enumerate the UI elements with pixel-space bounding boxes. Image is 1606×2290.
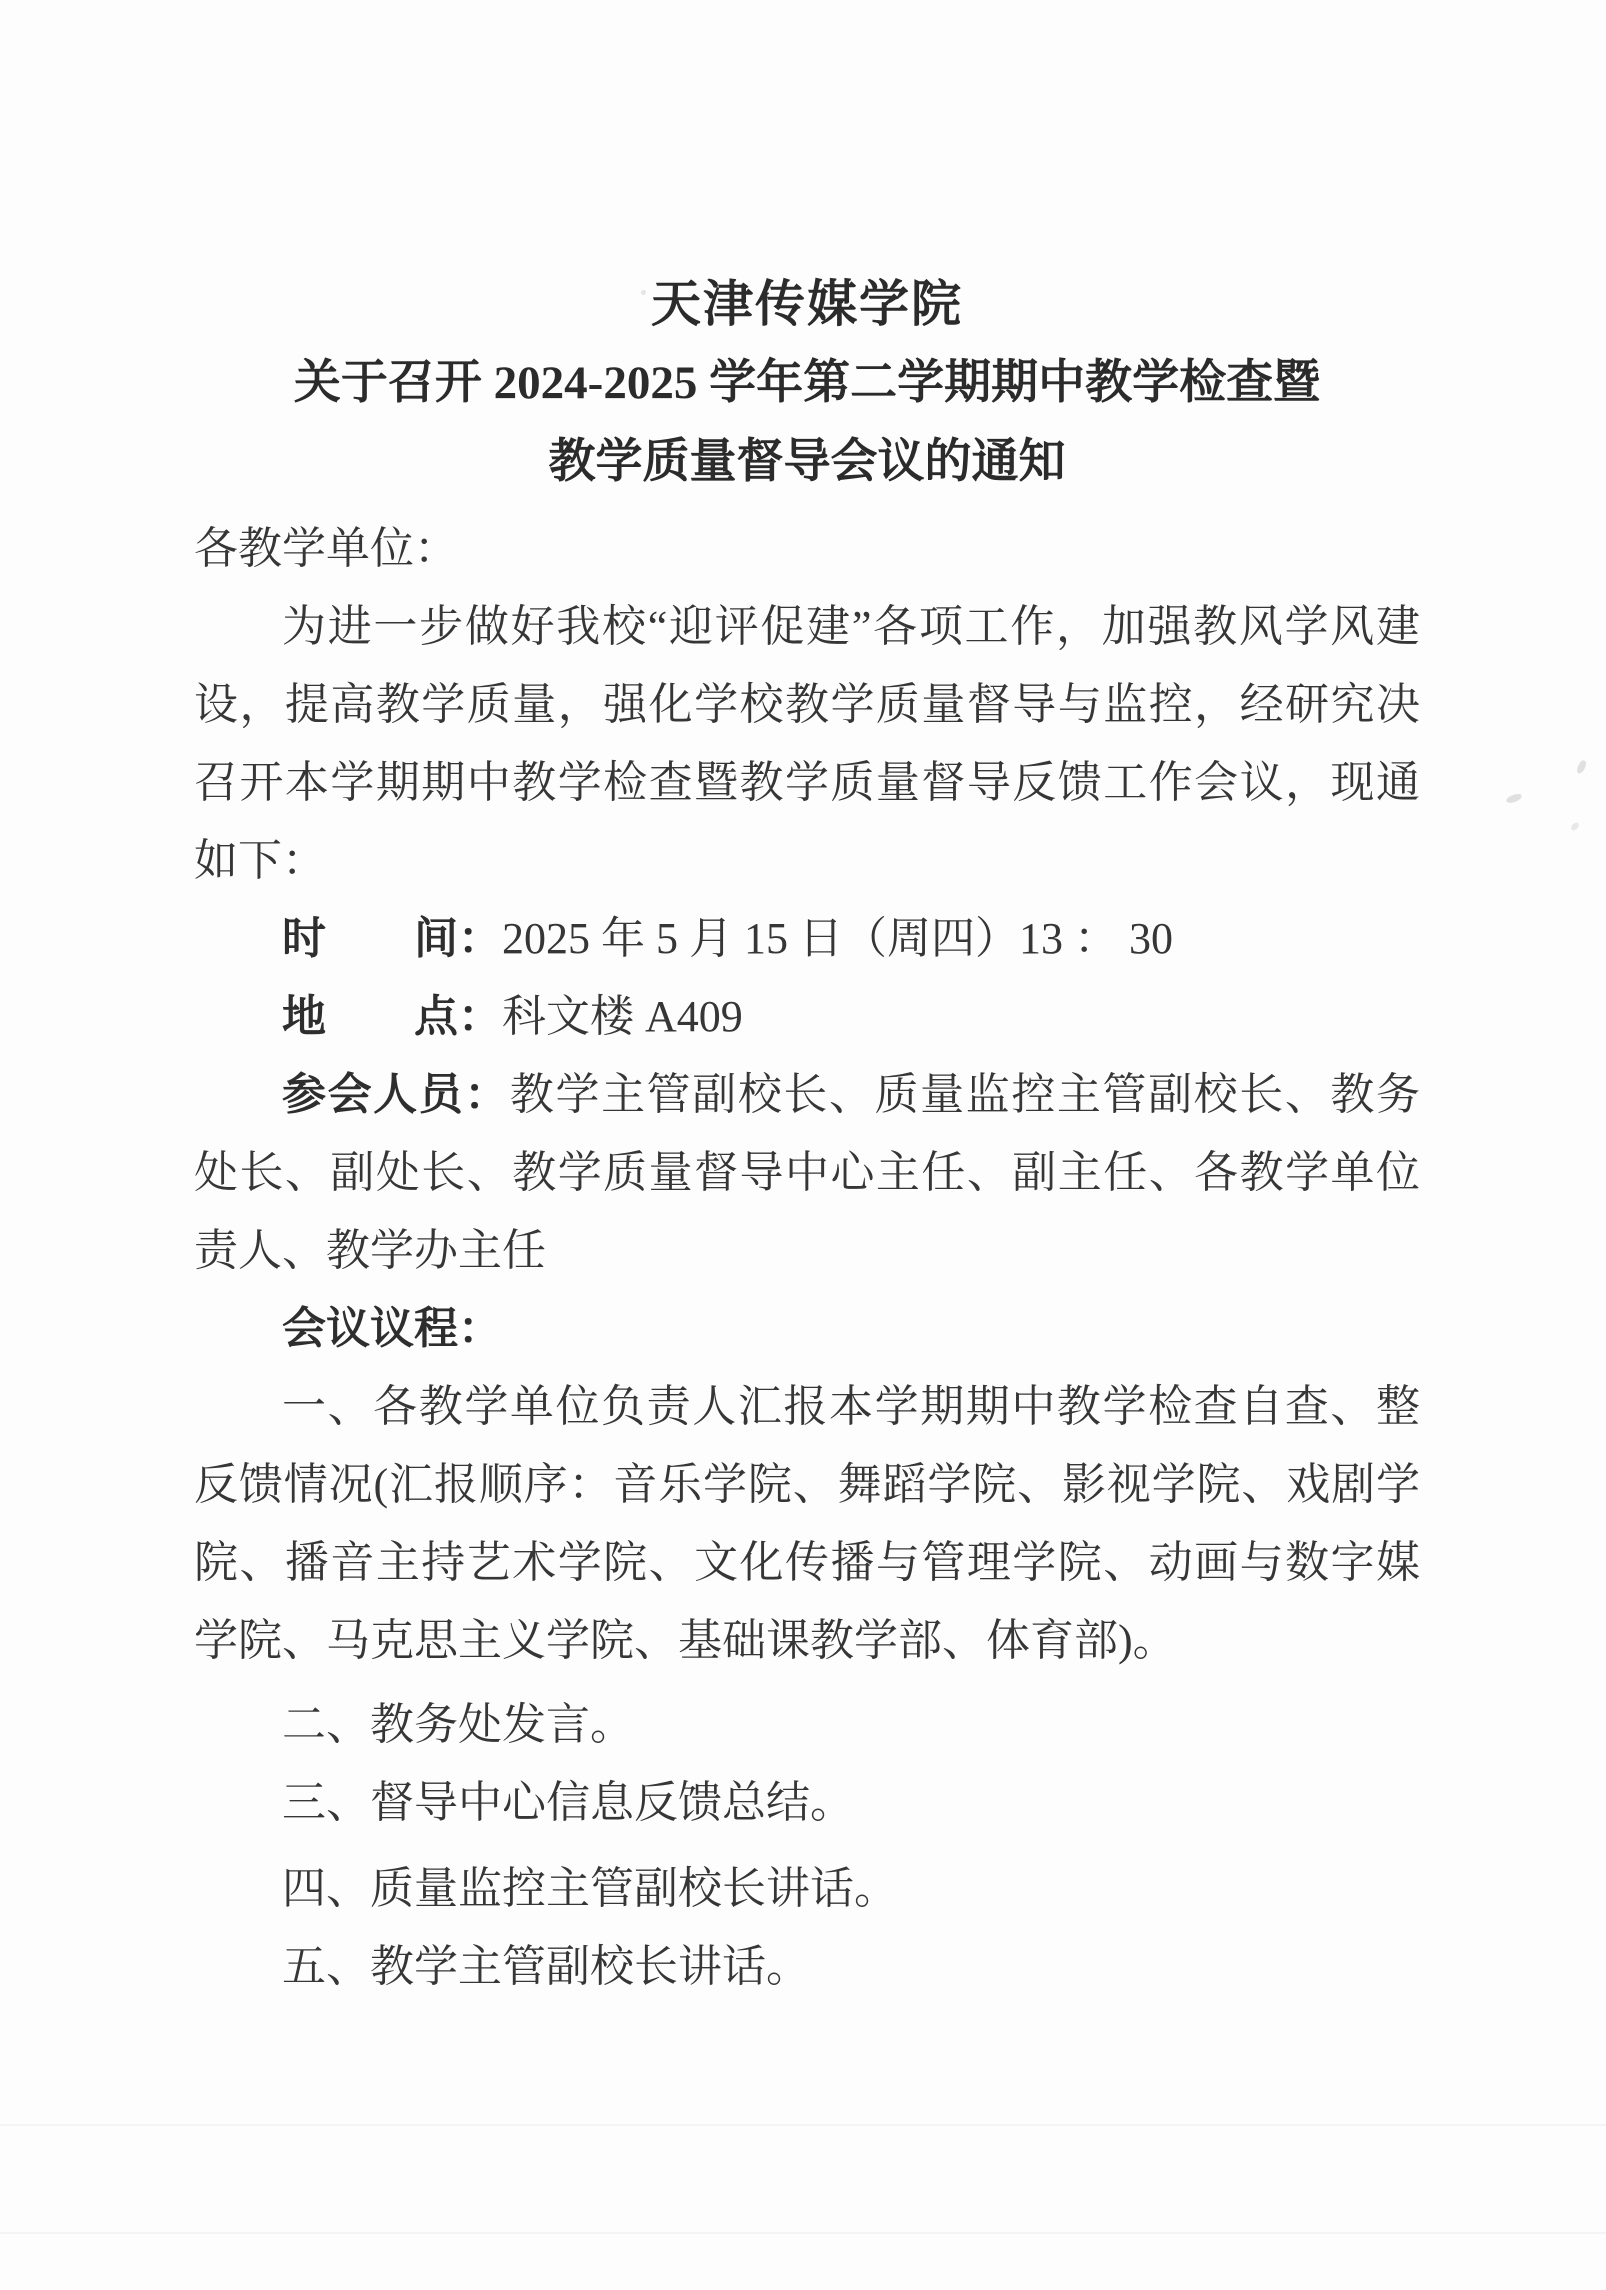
attendees-line-3: 责人、教学办主任 [194,1212,1420,1290]
scanned-notice-page: 天津传媒学院 关于召开 2024-2025 学年第二学期期中教学检查暨 教学质量… [0,0,1606,2290]
notice-title-line-2: 教学质量督导会议的通知 [194,423,1420,502]
intro-line-1: 为进一步做好我校“迎评促建”各项工作，加强教风学风建 [194,588,1420,666]
scan-speck [1570,821,1580,832]
agenda-item-1-line-4: 学院、马克思主义学院、基础课教学部、体育部)。 [194,1602,1420,1680]
salutation: 各教学单位： [194,510,1420,588]
agenda-item-5: 五、教学主管副校长讲话。 [194,1928,1420,2006]
scan-speck [1505,793,1522,805]
intro-line-3: 召开本学期期中教学检查暨教学质量督导反馈工作会议，现通知 [194,744,1420,822]
agenda-item-4: 四、质量监控主管副校长讲话。 [194,1850,1420,1928]
intro-line-2: 设，提高教学质量，强化学校教学质量督导与监控，经研究决定 [194,666,1420,744]
time-value: 2025 年 5 月 15 日（周四）13 ： 30 [502,914,1173,963]
agenda-heading: 会议议程： [194,1290,1420,1368]
agenda-item-1-line-2: 反馈情况(汇报顺序：音乐学院、舞蹈学院、影视学院、戏剧学 [194,1446,1420,1524]
attendees-label: 参会人员： [282,1070,510,1119]
intro-line-4: 如下： [194,822,1420,900]
meeting-time-line: 时 间：2025 年 5 月 15 日（周四）13 ： 30 [194,900,1420,978]
time-label: 时 间： [282,914,502,963]
agenda-item-1-line-3: 院、播音主持艺术学院、文化传播与管理学院、动画与数字媒体 [194,1524,1420,1602]
place-label: 地 点： [282,992,502,1041]
attendees-line-1: 参会人员：教学主管副校长、质量监控主管副校长、教务处 [194,1056,1420,1134]
scan-speck [1576,759,1588,775]
notice-document: 天津传媒学院 关于召开 2024-2025 学年第二学期期中教学检查暨 教学质量… [194,265,1420,2006]
agenda-item-3: 三、督导中心信息反馈总结。 [194,1764,1420,1842]
scan-streak [0,2124,1606,2126]
agenda-item-2: 二、教务处发言。 [194,1686,1420,1764]
meeting-place-line: 地 点：科文楼 A409 [194,978,1420,1056]
org-name: 天津传媒学院 [194,265,1420,344]
place-value: 科文楼 A409 [502,992,743,1041]
attendees-line-2: 处长、副处长、教学质量督导中心主任、副主任、各教学单位负 [194,1134,1420,1212]
scan-streak [0,2232,1606,2234]
notice-title-line-1: 关于召开 2024-2025 学年第二学期期中教学检查暨 [194,344,1420,423]
agenda-item-1-line-1: 一、各教学单位负责人汇报本学期期中教学检查自查、整改 [194,1368,1420,1446]
